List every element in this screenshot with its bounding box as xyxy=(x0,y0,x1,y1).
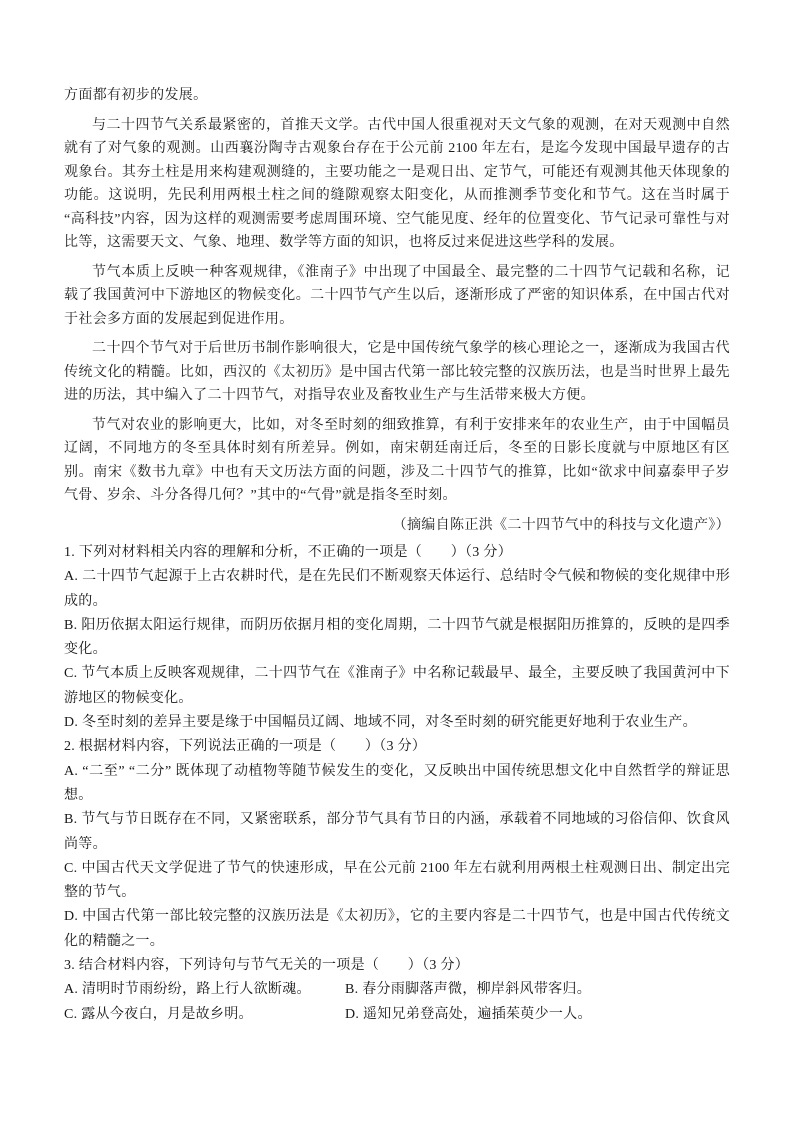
question-3-option-d: D. 遥知兄弟登高处，遍插茱萸少一人。 xyxy=(345,1003,730,1027)
question-3-option-b: B. 春分雨脚落声微，柳岸斜风带客归。 xyxy=(345,978,730,1002)
question-1-stem: 1. 下列对材料相关内容的理解和分析，不正确的一项是（ ）（3 分） xyxy=(64,541,730,565)
question-3-stem: 3. 结合材料内容，下列诗句与节气无关的一项是（ ）（3 分） xyxy=(64,954,730,978)
question-1-option-d: D. 冬至时刻的差异主要是缘于中国幅员辽阔、地域不同，对冬至时刻的研究能更好地利… xyxy=(64,711,730,735)
question-3-option-row-1: A. 清明时节雨纷纷，路上行人欲断魂。 B. 春分雨脚落声微，柳岸斜风带客归。 xyxy=(64,978,730,1002)
exam-page: 方面都有初步的发展。 与二十四节气关系最紧密的，首推天文学。古代中国人很重视对天… xyxy=(0,0,794,1122)
question-section: 1. 下列对材料相关内容的理解和分析，不正确的一项是（ ）（3 分） A. 二十… xyxy=(64,541,730,1027)
question-3-option-a: A. 清明时节雨纷纷，路上行人欲断魂。 xyxy=(64,978,345,1002)
reading-passage: 方面都有初步的发展。 与二十四节气关系最紧密的，首推天文学。古代中国人很重视对天… xyxy=(64,84,730,537)
passage-paragraph-calendar: 二十四个节气对于后世历书制作影响很大，它是中国传统气象学的核心理论之一，逐渐成为… xyxy=(64,337,730,408)
question-2-option-c: C. 中国古代天文学促进了节气的快速形成，早在公元前 2100 年左右就利用两根… xyxy=(64,857,730,906)
question-2-stem: 2. 根据材料内容，下列说法正确的一项是（ ）（3 分） xyxy=(64,735,730,759)
passage-attribution: （摘编自陈正洪《二十四节气中的科技与文化遗产》） xyxy=(64,514,730,538)
question-2-option-b: B. 节气与节日既存在不同，又紧密联系，部分节气具有节日的内涵，承载着不同地域的… xyxy=(64,808,730,857)
passage-paragraph-huainanzi: 节气本质上反映一种客观规律，《淮南子》中出现了中国最全、最完整的二十四节气记载和… xyxy=(64,261,730,332)
passage-paragraph-astronomy: 与二十四节气关系最紧密的，首推天文学。古代中国人很重视对天文气象的观测，在对天观… xyxy=(64,114,730,255)
question-2-option-d: D. 中国古代第一部比较完整的汉族历法是《太初历》，它的主要内容是二十四节气，也… xyxy=(64,905,730,954)
question-3-option-c: C. 露从今夜白，月是故乡明。 xyxy=(64,1003,345,1027)
question-2-option-a: A. “二至” “二分” 既体现了动植物等随节候发生的变化，又反映出中国传统思想… xyxy=(64,760,730,809)
question-1-option-c: C. 节气本质上反映客观规律，二十四节气在《淮南子》中名称记载最早、最全，主要反… xyxy=(64,662,730,711)
question-1-option-b: B. 阳历依据太阳运行规律，而阴历依据月相的变化周期，二十四节气就是根据阳历推算… xyxy=(64,614,730,663)
passage-paragraph-continued: 方面都有初步的发展。 xyxy=(64,84,730,108)
question-3-option-row-2: C. 露从今夜白，月是故乡明。 D. 遥知兄弟登高处，遍插茱萸少一人。 xyxy=(64,1003,730,1027)
question-1-option-a: A. 二十四节气起源于上古农耕时代，是在先民们不断观察天体运行、总结时令气候和物… xyxy=(64,565,730,614)
passage-paragraph-agriculture: 节气对农业的影响更大，比如，对冬至时刻的细致推算，有利于安排来年的农业生产，由于… xyxy=(64,414,730,508)
